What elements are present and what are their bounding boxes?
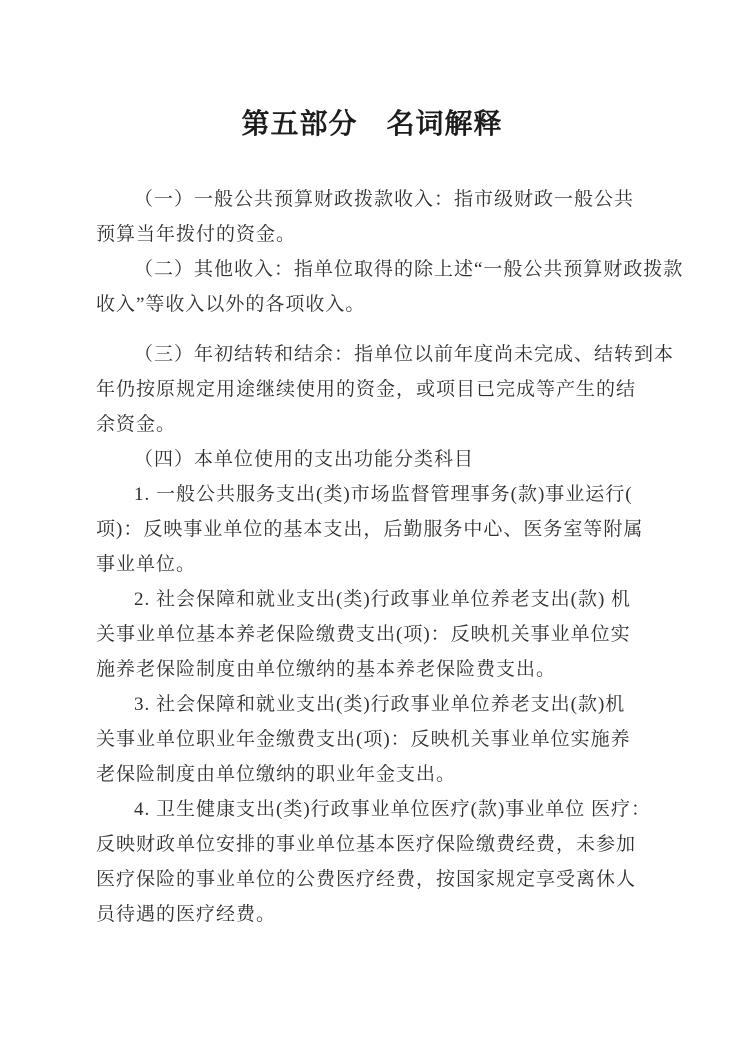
item-2-basic-pension-contribution-expenditure: 2. 社会保障和就业支出(类)行政事业单位养老支出(款) 机 关事业单位基本养老… (96, 582, 736, 687)
document-body: （一）一般公共预算财政拨款收入：指市级财政一般公共 预算当年拨付的资金。 （二）… (96, 182, 736, 932)
page-title: 第五部分 名词解释 (0, 0, 744, 142)
para-other-income: （二）其他收入：指单位取得的除上述“一般公共预算财政拨款 收入”等收入以外的各项… (96, 252, 736, 322)
item-4-health-expenditure: 4. 卫生健康支出(类)行政事业单位医疗(款)事业单位 医疗： 反映财政单位安排… (96, 792, 736, 932)
item-1-general-public-service-expenditure: 1. 一般公共服务支出(类)市场监督管理事务(款)事业运行( 项)：反映事业单位… (96, 477, 736, 582)
para-general-public-budget-income: （一）一般公共预算财政拨款收入：指市级财政一般公共 预算当年拨付的资金。 (96, 182, 736, 252)
para-carryover-and-balance: （三）年初结转和结余：指单位以前年度尚未完成、结转到本 年仍按原规定用途继续使用… (96, 337, 736, 442)
document-page: 第五部分 名词解释 （一）一般公共预算财政拨款收入：指市级财政一般公共 预算当年… (0, 0, 744, 1052)
para-expenditure-classification-heading: （四）本单位使用的支出功能分类科目 (96, 442, 736, 477)
item-3-occupational-annuity-contribution-expenditure: 3. 社会保障和就业支出(类)行政事业单位养老支出(款)机 关事业单位职业年金缴… (96, 687, 736, 792)
